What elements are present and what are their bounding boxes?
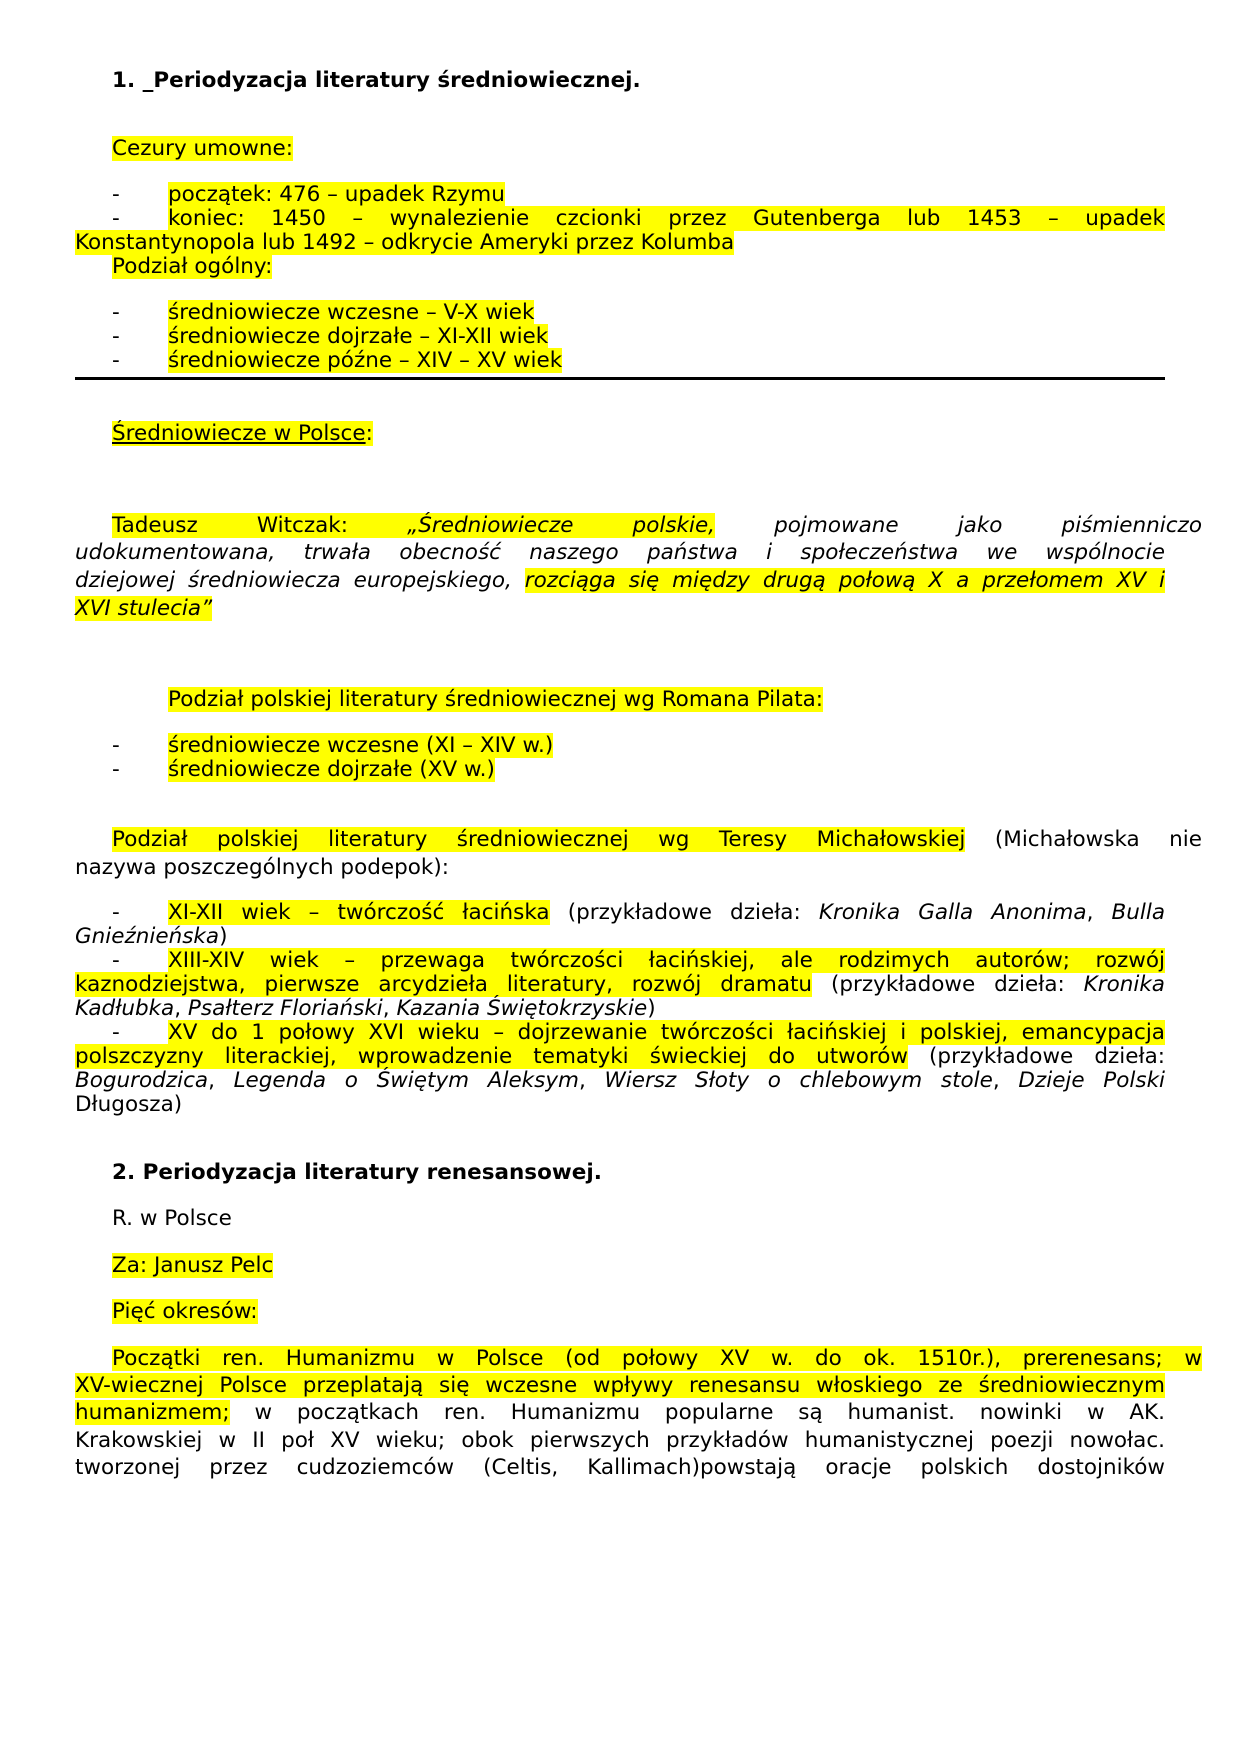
cezury-item-end: -koniec: 1450 – wynalezienie czcionki pr…	[75, 206, 1165, 232]
michalowska-label-cont: nazywa poszczególnych podepok):	[75, 855, 1165, 881]
polska-label: Średniowiecze w Polsce:	[75, 421, 1202, 447]
michalowska-item-3-cont: polszczyzny literackiej, wprowadzenie te…	[75, 1044, 1165, 1070]
cezury-label: Cezury umowne:	[75, 136, 1202, 162]
renesans-para-line-2: XV-wiecznej Polsce przeplatają się wczes…	[75, 1372, 1165, 1399]
cezury-item-start: -początek: 476 – upadek Rzymu	[75, 182, 1165, 208]
horizontal-rule	[75, 377, 1165, 380]
michalowska-item-3: -XV do 1 połowy XVI wieku – dojrzewanie …	[75, 1020, 1165, 1046]
section-1-heading: 1. _Periodyzacja literatury średniowiecz…	[75, 68, 1202, 94]
michalowska-label: Podział polskiej literatury średniowiecz…	[75, 827, 1202, 853]
dash-bullet: -	[75, 733, 168, 759]
dash-bullet: -	[75, 300, 168, 326]
michalowska-item-3-cont3: Długosza)	[75, 1092, 1165, 1118]
michalowska-item-2-cont: kaznodziejstwa, pierwsze arcydzieła lite…	[75, 972, 1165, 998]
dash-bullet: -	[75, 206, 168, 232]
podzial-label: Podział ogólny:	[75, 254, 1202, 280]
podzial-item: -średniowiecze późne – XIV – XV wiek	[75, 348, 1165, 374]
renesans-para-line-1: Początki ren. Humanizmu w Polsce (od poł…	[75, 1345, 1202, 1372]
renesans-para-line-3: humanizmem; w początkach ren. Humanizmu …	[75, 1399, 1165, 1426]
r-w-polsce: R. w Polsce	[75, 1206, 1202, 1232]
renesans-para-line-4: Krakowskiej w II poł XV wieku; obok pier…	[75, 1427, 1165, 1454]
michalowska-item-3-cont2: Bogurodzica, Legenda o Świętym Aleksym, …	[75, 1068, 1165, 1094]
dash-bullet: -	[75, 900, 168, 926]
dash-bullet: -	[75, 348, 168, 374]
za-janusz-pelc: Za: Janusz Pelc	[75, 1253, 1202, 1279]
dash-bullet: -	[75, 757, 168, 783]
witczak-line-1: Tadeusz Witczak: „Średniowiecze polskie,…	[75, 513, 1202, 539]
michalowska-item-2-cont2: Kadłubka, Psałterz Floriański, Kazania Ś…	[75, 996, 1165, 1022]
dash-bullet: -	[75, 182, 168, 208]
witczak-line-4: XVI stulecia”	[75, 596, 1165, 622]
witczak-line-2: udokumentowana, trwała obecność naszego …	[75, 540, 1165, 566]
pilat-item: -średniowiecze dojrzałe (XV w.)	[75, 757, 1165, 783]
dash-bullet: -	[75, 324, 168, 350]
podzial-item: -średniowiecze wczesne – V-X wiek	[75, 300, 1165, 326]
renesans-para-line-5: tworzonej przez cudzoziemców (Celtis, Ka…	[75, 1454, 1165, 1481]
piec-okresow: Pięć okresów:	[75, 1299, 1202, 1325]
dash-bullet: -	[75, 948, 168, 974]
michalowska-item-2: -XIII-XIV wiek – przewaga twórczości łac…	[75, 948, 1165, 974]
pilat-item: -średniowiecze wczesne (XI – XIV w.)	[75, 733, 1165, 759]
michalowska-item-1-cont: Gnieźnieńska)	[75, 924, 1165, 950]
pilat-label: Podział polskiej literatury średniowiecz…	[75, 687, 1240, 713]
cezury-item-end-cont: Konstantynopola lub 1492 – odkrycie Amer…	[75, 230, 1165, 256]
witczak-line-3: dziejowej średniowiecza europejskiego, r…	[75, 568, 1165, 594]
section-2-heading: 2. Periodyzacja literatury renesansowej.	[75, 1160, 1202, 1186]
podzial-item: -średniowiecze dojrzałe – XI-XII wiek	[75, 324, 1165, 350]
michalowska-item-1: -XI-XII wiek – twórczość łacińska (przyk…	[75, 900, 1165, 926]
dash-bullet: -	[75, 1020, 168, 1046]
